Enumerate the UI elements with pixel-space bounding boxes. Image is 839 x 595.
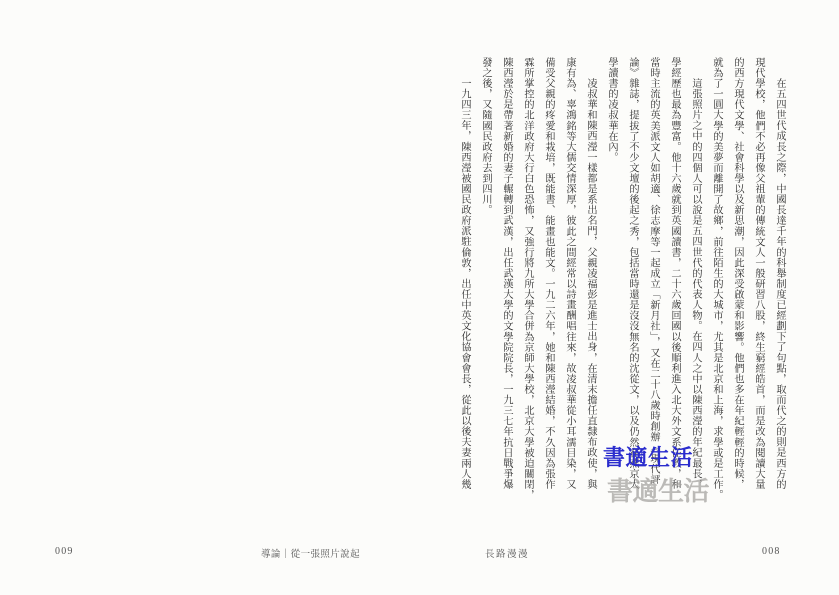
page-left: 乎都留在西方世界，成了永遠的異鄉人，卻也因此幸運地躲過國共內戰，以及一九四九年之…: [0, 0, 419, 595]
text-column: 在五四世代成長之際，中國長達千年的科舉制度已經劃下了句點，取而代之的則是西方的: [769, 57, 790, 505]
text-column: 一九四三年，陳西瀅被國民政府派駐倫敦，出任中英文化協會會長，從此以後夫妻兩人幾: [454, 57, 475, 505]
running-title-left: 導論｜從一張照片說起: [261, 546, 360, 560]
page-number-right: 008: [762, 546, 781, 557]
page-right: 在五四世代成長之際，中國長達千年的科舉制度已經劃下了句點，取而代之的則是西方的現…: [420, 0, 839, 595]
text-column: 的西方現代文學、社會科學以及新思潮，因此深受啟蒙和影響。他們也多在年紀輕輕的時候…: [727, 57, 748, 505]
page-number-left: 009: [55, 546, 74, 557]
text-column: 論》雜誌，提拔了不少文壇的後起之秀，包括當時還是沒沒無名的沈從文，以及仍然在燕京…: [622, 57, 643, 505]
text-column: 備受父親的疼愛和栽培，既能書、能畫也能文。一九二六年，她和陳西瀅結婚，不久因為張…: [538, 57, 559, 505]
text-column: 這張照片之中的四個人可以說是五四世代的代表人物。在四人之中以陳西瀅的年紀最長，: [685, 57, 706, 505]
book-spread: 乎都留在西方世界，成了永遠的異鄉人，卻也因此幸運地躲過國共內戰，以及一九四九年之…: [0, 0, 839, 595]
text-column: 學經歷也最為豐富。他十六歲就到英國讀書，二十六歲回國以後順利進入北大外文系任教，…: [664, 57, 685, 505]
text-column: 就為了一圓大學的美夢而離開了故鄉，前往陌生的大城市，尤其是北京和上海，求學或是工…: [706, 57, 727, 505]
text-column: 凌叔華和陳西瀅一樣都是系出名門，父親凌福彭是進士出身，在清末擔任直隸布政使，與: [580, 57, 601, 505]
text-column: 現代學校，他們不必再像父祖輩的傳統文人一般研習八股，終生窮經皓首，而是改為閱讀大…: [748, 57, 769, 505]
text-column: 發之後，又隨國民政府去到四川。: [475, 57, 496, 505]
text-column: 康有為、辜鴻銘等大儒交情深厚，彼此之間經常以詩畫酬唱往來，故凌叔華從小耳濡目染，…: [559, 57, 580, 505]
page-right-text-body: 在五四世代成長之際，中國長達千年的科舉制度已經劃下了句點，取而代之的則是西方的現…: [454, 57, 790, 505]
text-column: 當時主流的英美派文人如胡適、徐志摩等一起成立「新月社」，又在二十八歲時創辦《現代…: [643, 57, 664, 505]
text-column: 陳西瀅於是帶著新婚的妻子輾轉到武漢，出任武漢大學的文學院院長，一九三七年抗日戰爭…: [496, 57, 517, 505]
text-column: 學讀書的凌叔華在內。: [601, 57, 622, 505]
running-title-right: 長路漫漫: [485, 546, 529, 560]
text-column: 霖所掌控的北洋政府大行白色恐怖，又強行將九所大學合併為京師大學校，北京大學被迫關…: [517, 57, 538, 505]
